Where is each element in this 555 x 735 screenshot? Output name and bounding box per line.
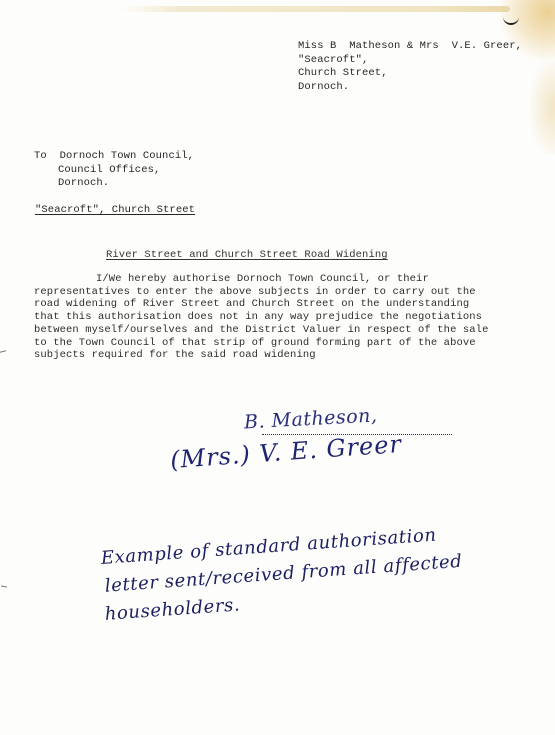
margin-mark xyxy=(0,350,6,353)
body-line: to the Town Council of that strip of gro… xyxy=(34,337,488,350)
document-page: Miss B Matheson & Mrs V.E. Greer,"Seacro… xyxy=(0,0,555,735)
margin-mark xyxy=(1,585,7,587)
sender-street: Church Street, xyxy=(298,67,522,81)
signature-matheson: B. Matheson, xyxy=(244,405,378,434)
body-line: I/We hereby authorise Dornoch Town Counc… xyxy=(34,273,488,286)
recipient-prefix: To xyxy=(34,150,47,162)
signature-greer: (Mrs.) V. E. Greer xyxy=(169,430,402,474)
paper-stain-top xyxy=(120,6,510,12)
body-line: road widening of River Street and Church… xyxy=(34,298,488,311)
recipient-line-1: Dornoch Town Council, xyxy=(60,150,194,162)
property-reference: "Seacroft", Church Street xyxy=(35,204,195,218)
recipient-address: To Dornoch Town Council,Council Offices,… xyxy=(34,150,194,191)
sender-names: Miss B Matheson & Mrs V.E. Greer, xyxy=(298,40,522,54)
letter-heading: River Street and Church Street Road Wide… xyxy=(106,249,388,263)
sender-address: Miss B Matheson & Mrs V.E. Greer,"Seacro… xyxy=(298,40,522,94)
body-line: that this authorisation does not in any … xyxy=(34,311,488,324)
handwritten-note: Example of standard authorisationletter … xyxy=(100,520,465,629)
letter-body: I/We hereby authorise Dornoch Town Counc… xyxy=(34,273,488,362)
sender-town: Dornoch. xyxy=(298,81,522,95)
recipient-line-2: Council Offices, xyxy=(34,164,194,178)
recipient-line-3: Dornoch. xyxy=(34,177,194,191)
paper-stain-right xyxy=(530,60,555,155)
body-line: representatives to enter the above subje… xyxy=(34,286,488,299)
sender-house: "Seacroft", xyxy=(298,54,522,68)
body-line: subjects required for the said road wide… xyxy=(34,349,488,362)
body-line: between myself/ourselves and the Distric… xyxy=(34,324,488,337)
